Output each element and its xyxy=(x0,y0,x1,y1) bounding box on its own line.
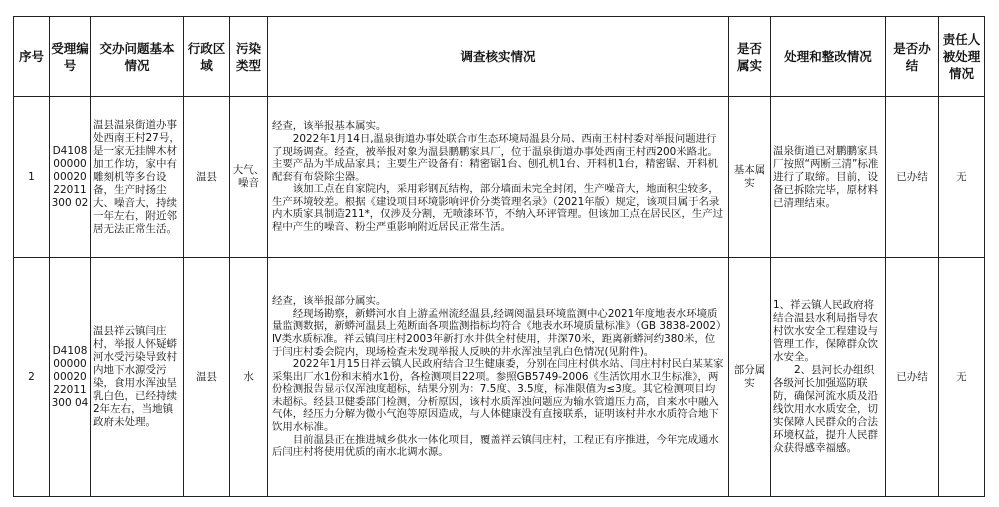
investigation-paragraph: 目前温县正在推进城乡供水一体化项目，覆盖祥云镇闫庄村，工程正有序推进，今年完成通… xyxy=(272,434,724,459)
header-issue: 交办问题基本情况 xyxy=(91,17,184,97)
table-header-row: 序号 受理编号 交办问题基本情况 行政区域 污染类型 调查核实情况 是否属实 处… xyxy=(14,17,985,97)
handling-item: 1、祥云镇人民政府将结合温县水利局指导农村饮水安全工程建设与管理工作，保障群众饮… xyxy=(773,299,883,364)
investigation-paragraph: 经查，该举报基本属实。 xyxy=(272,120,724,133)
cell-accountability: 无 xyxy=(939,97,985,258)
investigation-paragraph: 经现场勘察，新蟒河水自上游孟州流经温县,经调阅温县环境监测中心2021年度地表水… xyxy=(272,308,724,358)
investigation-paragraph: 2022年1月15日祥云镇人民政府结合卫生健康委，分别在闫庄村供水站、闫庄村村民… xyxy=(272,358,724,434)
header-district: 行政区域 xyxy=(184,17,230,97)
cell-accountability: 无 xyxy=(939,258,985,497)
cell-handling: 1、祥云镇人民政府将结合温县水利局指导农村饮水安全工程建设与管理工作，保障群众饮… xyxy=(771,258,886,497)
cell-investigation: 经查，该举报部分属实。 经现场勘察，新蟒河水自上游孟州流经温县,经调阅温县环境监… xyxy=(268,258,729,497)
cell-issue: 温县温泉街道办事处西南王村27号，是一家无挂牌木材加工作坊，家中有雕刻机等多台设… xyxy=(91,97,184,258)
handling-item: 2、县河长办组织各级河长加强巡防联防，确保河流水质及沿线饮用水水质安全，切实保障… xyxy=(773,364,883,455)
cell-case-no: D4108000000002022011300 02 xyxy=(50,97,91,258)
cell-handling: 温泉街道已对鹏鹏家具厂按照“两断三清”标准进行了取缔。目前，设备已拆除完毕，原材… xyxy=(771,97,886,258)
header-case-no: 受理编号 xyxy=(50,17,91,97)
cell-verified: 部分属实 xyxy=(729,258,771,497)
table-row: 2 D4108000000002022011300 04 温县祥云镇闫庄村，举报… xyxy=(14,258,985,497)
investigation-paragraph: 经查，该举报部分属实。 xyxy=(272,295,724,308)
cell-district: 温县 xyxy=(184,258,230,497)
header-closed: 是否办结 xyxy=(886,17,939,97)
cell-case-no: D4108000000002022011300 04 xyxy=(50,258,91,497)
cell-issue: 温县祥云镇闫庄村，举报人怀疑蟒河水受污染导致村内地下水源受污染，食用水浑浊呈乳白… xyxy=(91,258,184,497)
cell-closed: 已办结 xyxy=(886,97,939,258)
header-handling: 处理和整改情况 xyxy=(771,17,886,97)
cell-district: 温县 xyxy=(184,97,230,258)
cell-pollution: 水 xyxy=(230,258,268,497)
complaint-handling-table: 序号 受理编号 交办问题基本情况 行政区域 污染类型 调查核实情况 是否属实 处… xyxy=(13,16,985,497)
investigation-paragraph: 该加工点在自家院内，采用彩钢瓦结构，部分墙面未完全封闭，生产噪音大，地面积尘较多… xyxy=(272,183,724,233)
header-pollution: 污染类型 xyxy=(230,17,268,97)
header-seq: 序号 xyxy=(14,17,50,97)
investigation-paragraph: 2022年1月14日,温泉街道办事处联合市生态环境局温县分局、西南王村村委对举报… xyxy=(272,133,724,183)
table-row: 1 D4108000000002022011300 02 温县温泉街道办事处西南… xyxy=(14,97,985,258)
header-investigation: 调查核实情况 xyxy=(268,17,729,97)
cell-verified: 基本属实 xyxy=(729,97,771,258)
header-verified: 是否属实 xyxy=(729,17,771,97)
cell-closed: 已办结 xyxy=(886,258,939,497)
cell-seq: 1 xyxy=(14,97,50,258)
cell-investigation: 经查，该举报基本属实。 2022年1月14日,温泉街道办事处联合市生态环境局温县… xyxy=(268,97,729,258)
cell-seq: 2 xyxy=(14,258,50,497)
cell-pollution: 大气、噪音 xyxy=(230,97,268,258)
header-accountability: 责任人被处理情况 xyxy=(939,17,985,97)
